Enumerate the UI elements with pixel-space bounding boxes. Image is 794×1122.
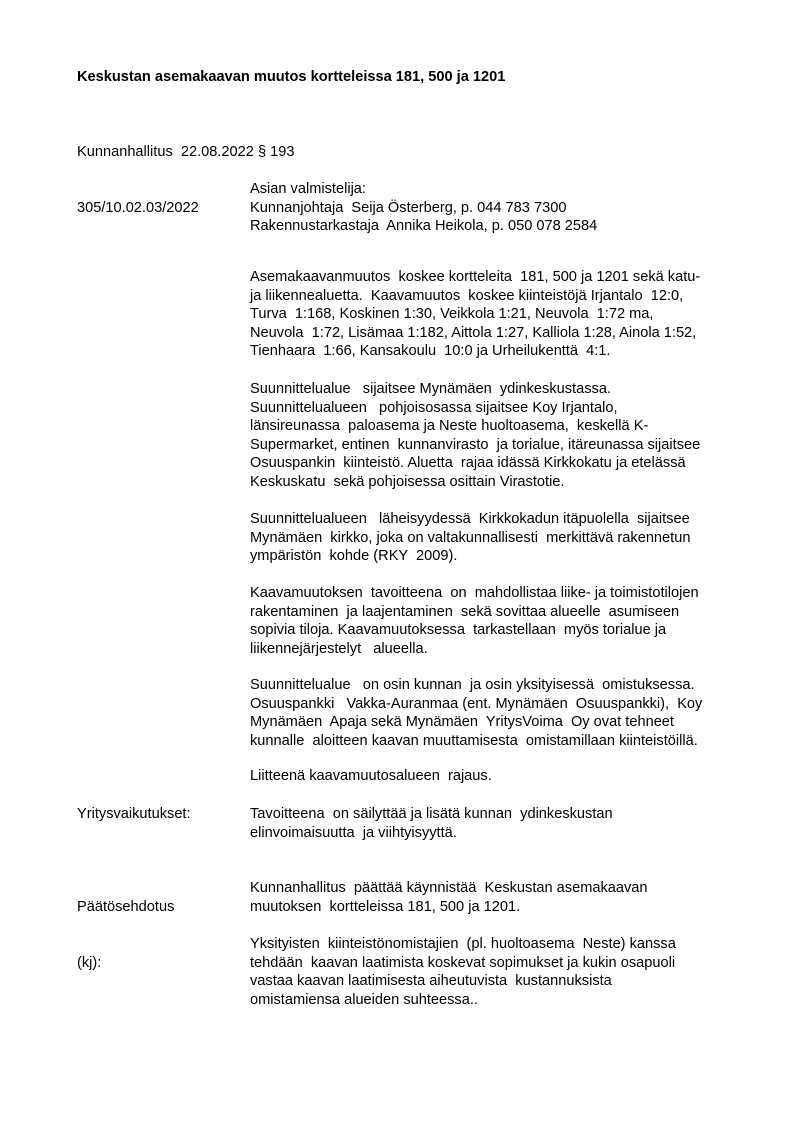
preparers-heading: Asian valmistelija:	[250, 180, 597, 199]
text-line: Suunnittelualueen pohjoisosassa sijaitse…	[250, 399, 700, 418]
text-line: muutoksen kortteleissa 181, 500 ja 1201.	[250, 898, 648, 917]
paragraph-church: Suunnittelualueen läheisyydessä Kirkkoka…	[250, 510, 690, 566]
text-line: Kunnanhallitus päättää käynnistää Keskus…	[250, 879, 648, 898]
decision-agreements-text: Yksityisten kiinteistönomistajien (pl. h…	[250, 935, 676, 1009]
decision-proposal-text: Kunnanhallitus päättää käynnistää Keskus…	[250, 879, 648, 916]
text-line: Yksityisten kiinteistönomistajien (pl. h…	[250, 935, 676, 954]
decision-proposal-label-line1: Päätösehdotus	[77, 898, 174, 917]
text-line: Osuuspankki Vakka-Auranmaa (ent. Mynämäe…	[250, 695, 702, 714]
text-line: tehdään kaavan laatimista koskevat sopim…	[250, 954, 676, 973]
text-line: Mynämäen kirkko, joka on valtakunnallise…	[250, 529, 690, 548]
text-line: Neuvola 1:72, Lisämaa 1:182, Aittola 1:2…	[250, 324, 700, 343]
paragraph-attachment: Liitteenä kaavamuutosalueen rajaus.	[250, 767, 492, 786]
text-line: Suunnittelualue sijaitsee Mynämäen ydink…	[250, 380, 700, 399]
text-line: Asemakaavanmuutos koskee kortteleita 181…	[250, 268, 700, 287]
text-line: Mynämäen Apaja sekä Mynämäen YritysVoima…	[250, 713, 702, 732]
decision-proposal-label-line2: (kj):	[77, 954, 174, 973]
text-line: ja liikennealuetta. Kaavamuutos koskee k…	[250, 287, 700, 306]
paragraph-ownership: Suunnittelualue on osin kunnan ja osin y…	[250, 676, 702, 750]
text-line: omistamiensa alueiden suhteessa..	[250, 991, 676, 1010]
document-title: Keskustan asemakaavan muutos kortteleiss…	[77, 69, 505, 85]
attachment-note: Liitteenä kaavamuutosalueen rajaus.	[250, 767, 492, 786]
paragraph-scope: Asemakaavanmuutos koskee kortteleita 181…	[250, 268, 700, 361]
text-line: Supermarket, entinen kunnanvirasto ja to…	[250, 436, 700, 455]
text-line: Suunnittelualue on osin kunnan ja osin y…	[250, 676, 702, 695]
text-line: vastaa kaavan laatimisesta aiheutuvista …	[250, 972, 676, 991]
text-line: Tienhaara 1:66, Kansakoulu 10:0 ja Urhei…	[250, 342, 700, 361]
preparer-municipal-manager: Kunnanjohtaja Seija Österberg, p. 044 78…	[250, 199, 597, 218]
text-line: Osuuspankin kiinteistö. Aluetta rajaa id…	[250, 454, 700, 473]
text-line: länsireunassa paloasema ja Neste huoltoa…	[250, 417, 700, 436]
text-line: liikennejärjestelyt alueella.	[250, 640, 699, 659]
decision-proposal-label: Päätösehdotus (kj):	[77, 861, 174, 991]
preparer-building-inspector: Rakennustarkastaja Annika Heikola, p. 05…	[250, 217, 597, 236]
paragraph-objective: Kaavamuutoksen tavoitteena on mahdollist…	[250, 584, 699, 658]
business-impacts-label: Yritysvaikutukset:	[77, 805, 191, 824]
text-line: ympäristön kohde (RKY 2009).	[250, 547, 690, 566]
text-line: Kaavamuutoksen tavoitteena on mahdollist…	[250, 584, 699, 603]
text-line: Turva 1:168, Koskinen 1:30, Veikkola 1:2…	[250, 305, 700, 324]
text-line: sopivia tiloja. Kaavamuutoksessa tarkast…	[250, 621, 699, 640]
text-line: rakentaminen ja laajentaminen sekä sovit…	[250, 603, 699, 622]
text-line: Tavoitteena on säilyttää ja lisätä kunna…	[250, 805, 613, 824]
business-impacts-text: Tavoitteena on säilyttää ja lisätä kunna…	[250, 805, 613, 842]
text-line: Keskuskatu sekä pohjoisessa osittain Vir…	[250, 473, 700, 492]
text-line: Suunnittelualueen läheisyydessä Kirkkoka…	[250, 510, 690, 529]
paragraph-location: Suunnittelualue sijaitsee Mynämäen ydink…	[250, 380, 700, 491]
preparers-block: Asian valmistelija: Kunnanjohtaja Seija …	[250, 180, 597, 236]
meeting-date-section: Kunnanhallitus 22.08.2022 § 193	[77, 143, 294, 162]
text-line: kunnalle aloitteen kaavan muuttamisesta …	[250, 732, 702, 751]
text-line: elinvoimaisuutta ja viihtyisyyttä.	[250, 824, 613, 843]
